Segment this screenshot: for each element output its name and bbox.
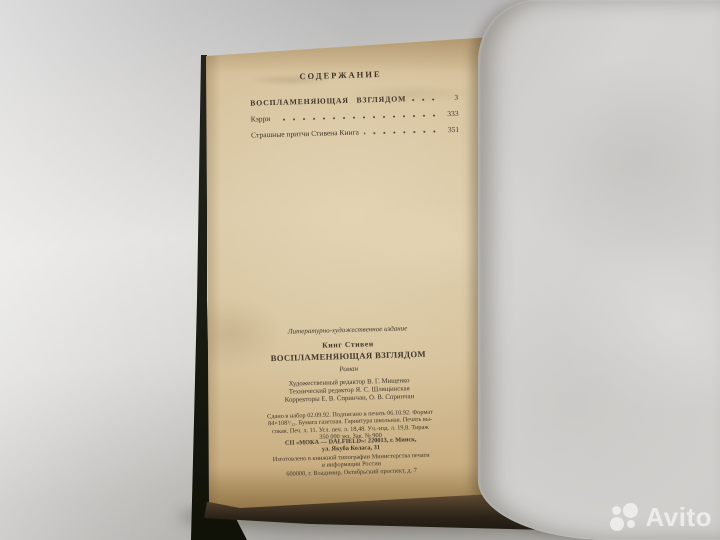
colophon-edition-type: Литературно-художественное издание (202, 322, 494, 338)
page-content: СОДЕРЖАНИЕ ВОСПЛАМЕНЯЮЩАЯ ВЗГЛЯДОМ 3 Кэр… (193, 30, 498, 516)
avito-logo-dot (627, 520, 635, 528)
toc-dot-leader (275, 114, 438, 121)
book-photo-scene: СОДЕРЖАНИЕ ВОСПЛАМЕНЯЮЩАЯ ВЗГЛЯДОМ 3 Кэр… (0, 0, 720, 540)
toc-dot-leader (411, 98, 438, 101)
toc-entry: ВОСПЛАМЕНЯЮЩАЯ ВЗГЛЯДОМ 3 (250, 93, 458, 108)
toc-page-number: 3 (442, 93, 458, 102)
toc-entry-title: ВОСПЛАМЕНЯЮЩАЯ ВЗГЛЯДОМ (250, 94, 406, 107)
contents-heading: СОДЕРЖАНИЕ (194, 66, 486, 84)
book-left-page: СОДЕРЖАНИЕ ВОСПЛАМЕНЯЮЩАЯ ВЗГЛЯДОМ 3 Кэр… (200, 34, 492, 512)
toc-dot-leader (364, 130, 439, 134)
toc-entry: Страшные притчи Стивена Кинга 351 (251, 125, 459, 140)
toc-entry-title: Страшные притчи Стивена Кинга (251, 128, 359, 140)
avito-watermark: Avito (610, 503, 712, 532)
avito-logo-dot (612, 506, 621, 515)
colophon-staff: Художественный редактор В. Г. Мищенко Те… (203, 375, 496, 407)
toc-page-number: 333 (442, 109, 458, 118)
book-right-page (478, 0, 720, 540)
toc-page-number: 351 (443, 125, 459, 134)
avito-logo-icon (610, 503, 640, 532)
toc-entry-title: Кэрри (251, 114, 271, 124)
avito-logo-dot (610, 517, 624, 531)
avito-watermark-label: Avito (645, 504, 712, 532)
toc-entry: Кэрри 333 (251, 109, 459, 124)
avito-logo-dot (623, 503, 638, 518)
